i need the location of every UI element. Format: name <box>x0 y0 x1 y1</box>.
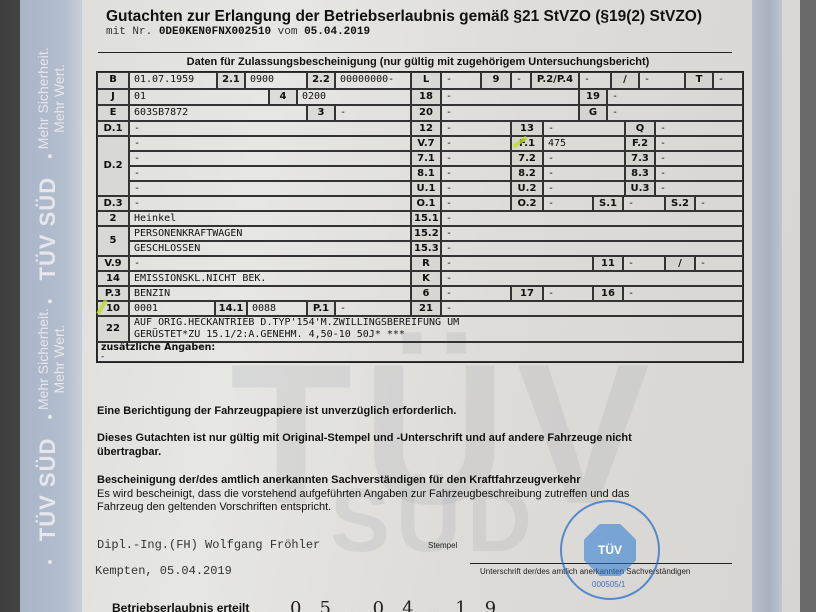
label-7-1: 7.1 <box>411 151 441 166</box>
label-O1: O.1 <box>411 196 441 211</box>
field-16: - <box>623 286 743 301</box>
label-B: B <box>97 72 129 89</box>
certification-text-2: Fahrzeug den geltenden Vorschriften ents… <box>97 501 331 514</box>
slogan-line-1: Mehr Sicherheit. <box>35 308 51 410</box>
place-date: Kempten, 05.04.2019 <box>95 564 232 578</box>
label-12: 12 <box>411 121 441 136</box>
field-15-2: - <box>441 226 743 241</box>
brand-name: TÜV SÜD <box>35 177 60 281</box>
slogan-line-2: Mehr Wert. <box>51 325 67 394</box>
field-U1: - <box>441 181 511 196</box>
label-8-3: 8.3 <box>625 166 655 181</box>
background-right <box>798 0 816 612</box>
field-11: - <box>623 256 665 271</box>
label-2-2: 2.2 <box>307 72 335 89</box>
label-K: K <box>411 271 441 286</box>
field-E: 603SB7872 <box>129 105 307 121</box>
divider <box>98 52 732 53</box>
field-15-3: - <box>441 241 743 256</box>
label-D2: D.2 <box>97 136 129 196</box>
cutoff-line: Betriebserlaubnis erteilt <box>112 602 249 612</box>
section-title: Daten für Zulassungsbescheinigung (nur g… <box>98 56 738 68</box>
label-11-slash: / <box>665 256 695 271</box>
label-U3: U.3 <box>625 181 655 196</box>
field-10: 0001 <box>129 301 215 316</box>
stamp-number: 000505/1 <box>592 580 625 589</box>
field-O1: - <box>441 196 511 211</box>
field-S1: - <box>623 196 665 211</box>
field-V7: - <box>441 136 511 151</box>
label-T: T <box>685 72 713 89</box>
label-slash: / <box>611 72 639 89</box>
field-T: - <box>713 72 743 89</box>
label-D3: D.3 <box>97 196 129 211</box>
stamp-logo-icon: TÜV <box>584 524 636 576</box>
field-14: EMISSIONSKL.NICHT BEK. <box>129 271 411 286</box>
label-U1: U.1 <box>411 181 441 196</box>
document-subtitle: mit Nr. 0DE0KEN0FNX002510 vom 05.04.2019 <box>106 26 370 38</box>
label-8-1: 8.1 <box>411 166 441 181</box>
field-D2-2: - <box>129 151 411 166</box>
field-22-remarks: AUF ORIG.HECKANTRIEB D.TYP'154'M.ZWILLIN… <box>129 316 743 342</box>
field-2-2: 00000000- <box>335 72 411 89</box>
brand-stripe-right <box>752 0 782 612</box>
label-P2-P4: P.2/P.4 <box>531 72 579 89</box>
label-19: 19 <box>579 89 607 105</box>
label-S2: S.2 <box>665 196 695 211</box>
label-18: 18 <box>411 89 441 105</box>
handwritten-date: 05.04.19 <box>290 598 514 612</box>
field-D2-4: - <box>129 181 411 196</box>
label-16: 16 <box>593 286 623 301</box>
field-U2: - <box>543 181 625 196</box>
label-14-1: 14.1 <box>215 301 247 316</box>
label-15-3: 15.3 <box>411 241 441 256</box>
label-20: 20 <box>411 105 441 121</box>
field-D3: - <box>129 196 411 211</box>
label-8-2: 8.2 <box>511 166 543 181</box>
validity-notice-2: übertragbar. <box>97 446 161 459</box>
subtitle-prefix: mit Nr. <box>106 26 152 38</box>
label-21: 21 <box>411 301 441 316</box>
label-Q: Q <box>625 121 655 136</box>
subtitle-mid: vom <box>278 26 298 38</box>
label-2: 2 <box>97 211 129 226</box>
field-V9: - <box>129 256 411 271</box>
label-7-2: 7.2 <box>511 151 543 166</box>
field-F1: 475 <box>543 136 625 151</box>
field-9: - <box>511 72 531 89</box>
field-2-1: 0900 <box>245 72 307 89</box>
field-14-1: 0088 <box>247 301 307 316</box>
label-15-2: 15.2 <box>411 226 441 241</box>
label-L: L <box>411 72 441 89</box>
label-R: R <box>411 256 441 271</box>
field-5-body-type: GESCHLOSSEN <box>129 241 411 256</box>
label-5: 5 <box>97 226 129 256</box>
remarks-line-1: AUF ORIG.HECKANTRIEB D.TYP'154'M.ZWILLIN… <box>134 317 738 329</box>
field-G: - <box>607 105 743 121</box>
label-3: 3 <box>307 105 335 121</box>
field-R: - <box>441 256 593 271</box>
label-11: 11 <box>593 256 623 271</box>
label-9: 9 <box>481 72 511 89</box>
label-15-1: 15.1 <box>411 211 441 226</box>
label-22: 22 <box>97 316 129 342</box>
label-6: 6 <box>411 286 441 301</box>
field-19: - <box>607 89 743 105</box>
label-G: G <box>579 105 607 121</box>
label-2-1: 2.1 <box>217 72 245 89</box>
field-8-3: - <box>655 166 743 181</box>
brand-dot: • <box>42 153 59 158</box>
label-J: J <box>97 89 129 105</box>
field-U3: - <box>655 181 743 196</box>
field-D2-1: - <box>129 136 411 151</box>
field-F2: - <box>655 136 743 151</box>
field-D1: - <box>129 121 411 136</box>
field-L: - <box>441 72 481 89</box>
brand-slogan: Mehr Sicherheit. Mehr Wert. <box>35 47 67 149</box>
field-7-1: - <box>441 151 511 166</box>
report-number: 0DE0KEN0FNX002510 <box>159 26 271 38</box>
field-D2-3: - <box>129 166 411 181</box>
brand-stripe-text: • TÜV SÜD • Mehr Sicherheit. Mehr Wert. … <box>35 47 67 564</box>
label-P3: P.3 <box>97 286 129 301</box>
label-4: 4 <box>269 89 297 105</box>
label-13: 13 <box>511 121 543 136</box>
field-5-vehicle-class: PERSONENKRAFTWAGEN <box>129 226 411 241</box>
slogan-line-1: Mehr Sicherheit. <box>35 47 51 149</box>
brand-dot: • <box>42 559 59 564</box>
official-stamp: TÜV 000505/1 <box>560 500 660 600</box>
additional-info-label: zusätzliche Angaben: <box>101 343 739 353</box>
label-U2: U.2 <box>511 181 543 196</box>
field-8-2: - <box>543 166 625 181</box>
field-6: - <box>441 286 511 301</box>
label-D1: D.1 <box>97 121 129 136</box>
label-V7: V.7 <box>411 136 441 151</box>
additional-info-value: - <box>101 353 739 362</box>
field-15-1: - <box>441 211 743 226</box>
certification-text-1: Es wird bescheinigt, dass die vorstehend… <box>97 488 629 501</box>
label-7-3: 7.3 <box>625 151 655 166</box>
brand-slogan: Mehr Sicherheit. Mehr Wert. <box>35 308 67 410</box>
brand-stripe-left: • TÜV SÜD • Mehr Sicherheit. Mehr Wert. … <box>20 0 82 612</box>
field-11-b: - <box>695 256 743 271</box>
field-17: - <box>543 286 593 301</box>
field-O2: - <box>543 196 593 211</box>
brand-name: TÜV SÜD <box>35 438 60 542</box>
field-J: 01 <box>129 89 269 105</box>
additional-info: zusätzliche Angaben: - <box>97 342 743 362</box>
correction-notice: Eine Berichtigung der Fahrzeugpapiere is… <box>97 405 456 418</box>
label-P1: P.1 <box>307 301 335 316</box>
field-20: - <box>441 105 579 121</box>
field-P2-P4-b: - <box>639 72 685 89</box>
field-4: 0200 <box>297 89 411 105</box>
stamp-label: Stempel <box>428 541 457 550</box>
field-P1: - <box>335 301 411 316</box>
field-2-make: Heinkel <box>129 211 411 226</box>
field-B: 01.07.1959 <box>129 72 217 89</box>
label-F2: F.2 <box>625 136 655 151</box>
field-K: - <box>441 271 743 286</box>
field-12: - <box>441 121 511 136</box>
field-S2: - <box>695 196 743 211</box>
field-8-1: - <box>441 166 511 181</box>
field-21: - <box>441 301 743 316</box>
report-date: 05.04.2019 <box>304 26 370 38</box>
certification-title: Bescheinigung der/des amtlich anerkannte… <box>97 474 581 487</box>
validity-notice-1: Dieses Gutachten ist nur gültig mit Orig… <box>97 432 632 445</box>
field-18: - <box>441 89 579 105</box>
field-3: - <box>335 105 411 121</box>
label-S1: S.1 <box>593 196 623 211</box>
label-E: E <box>97 105 129 121</box>
brand-dot: • <box>42 414 59 419</box>
slogan-line-2: Mehr Wert. <box>51 64 67 133</box>
registration-data-table: B 01.07.1959 2.1 0900 2.2 00000000- L - … <box>96 71 744 363</box>
field-P3-fuel: BENZIN <box>129 286 411 301</box>
document-title: Gutachten zur Erlangung der Betriebserla… <box>106 8 702 26</box>
label-V9: V.9 <box>97 256 129 271</box>
field-7-3: - <box>655 151 743 166</box>
label-O2: O.2 <box>511 196 543 211</box>
brand-dot: • <box>42 299 59 304</box>
field-P2-P4: - <box>579 72 611 89</box>
label-14: 14 <box>97 271 129 286</box>
remarks-line-2: GERÜSTET*ZU 15.1/2:A.GENEHM. 4,50-10 50J… <box>134 329 738 341</box>
label-17: 17 <box>511 286 543 301</box>
field-13: - <box>543 121 625 136</box>
field-7-2: - <box>543 151 625 166</box>
expert-name: Dipl.-Ing.(FH) Wolfgang Fröhler <box>97 538 320 552</box>
field-Q: - <box>655 121 743 136</box>
